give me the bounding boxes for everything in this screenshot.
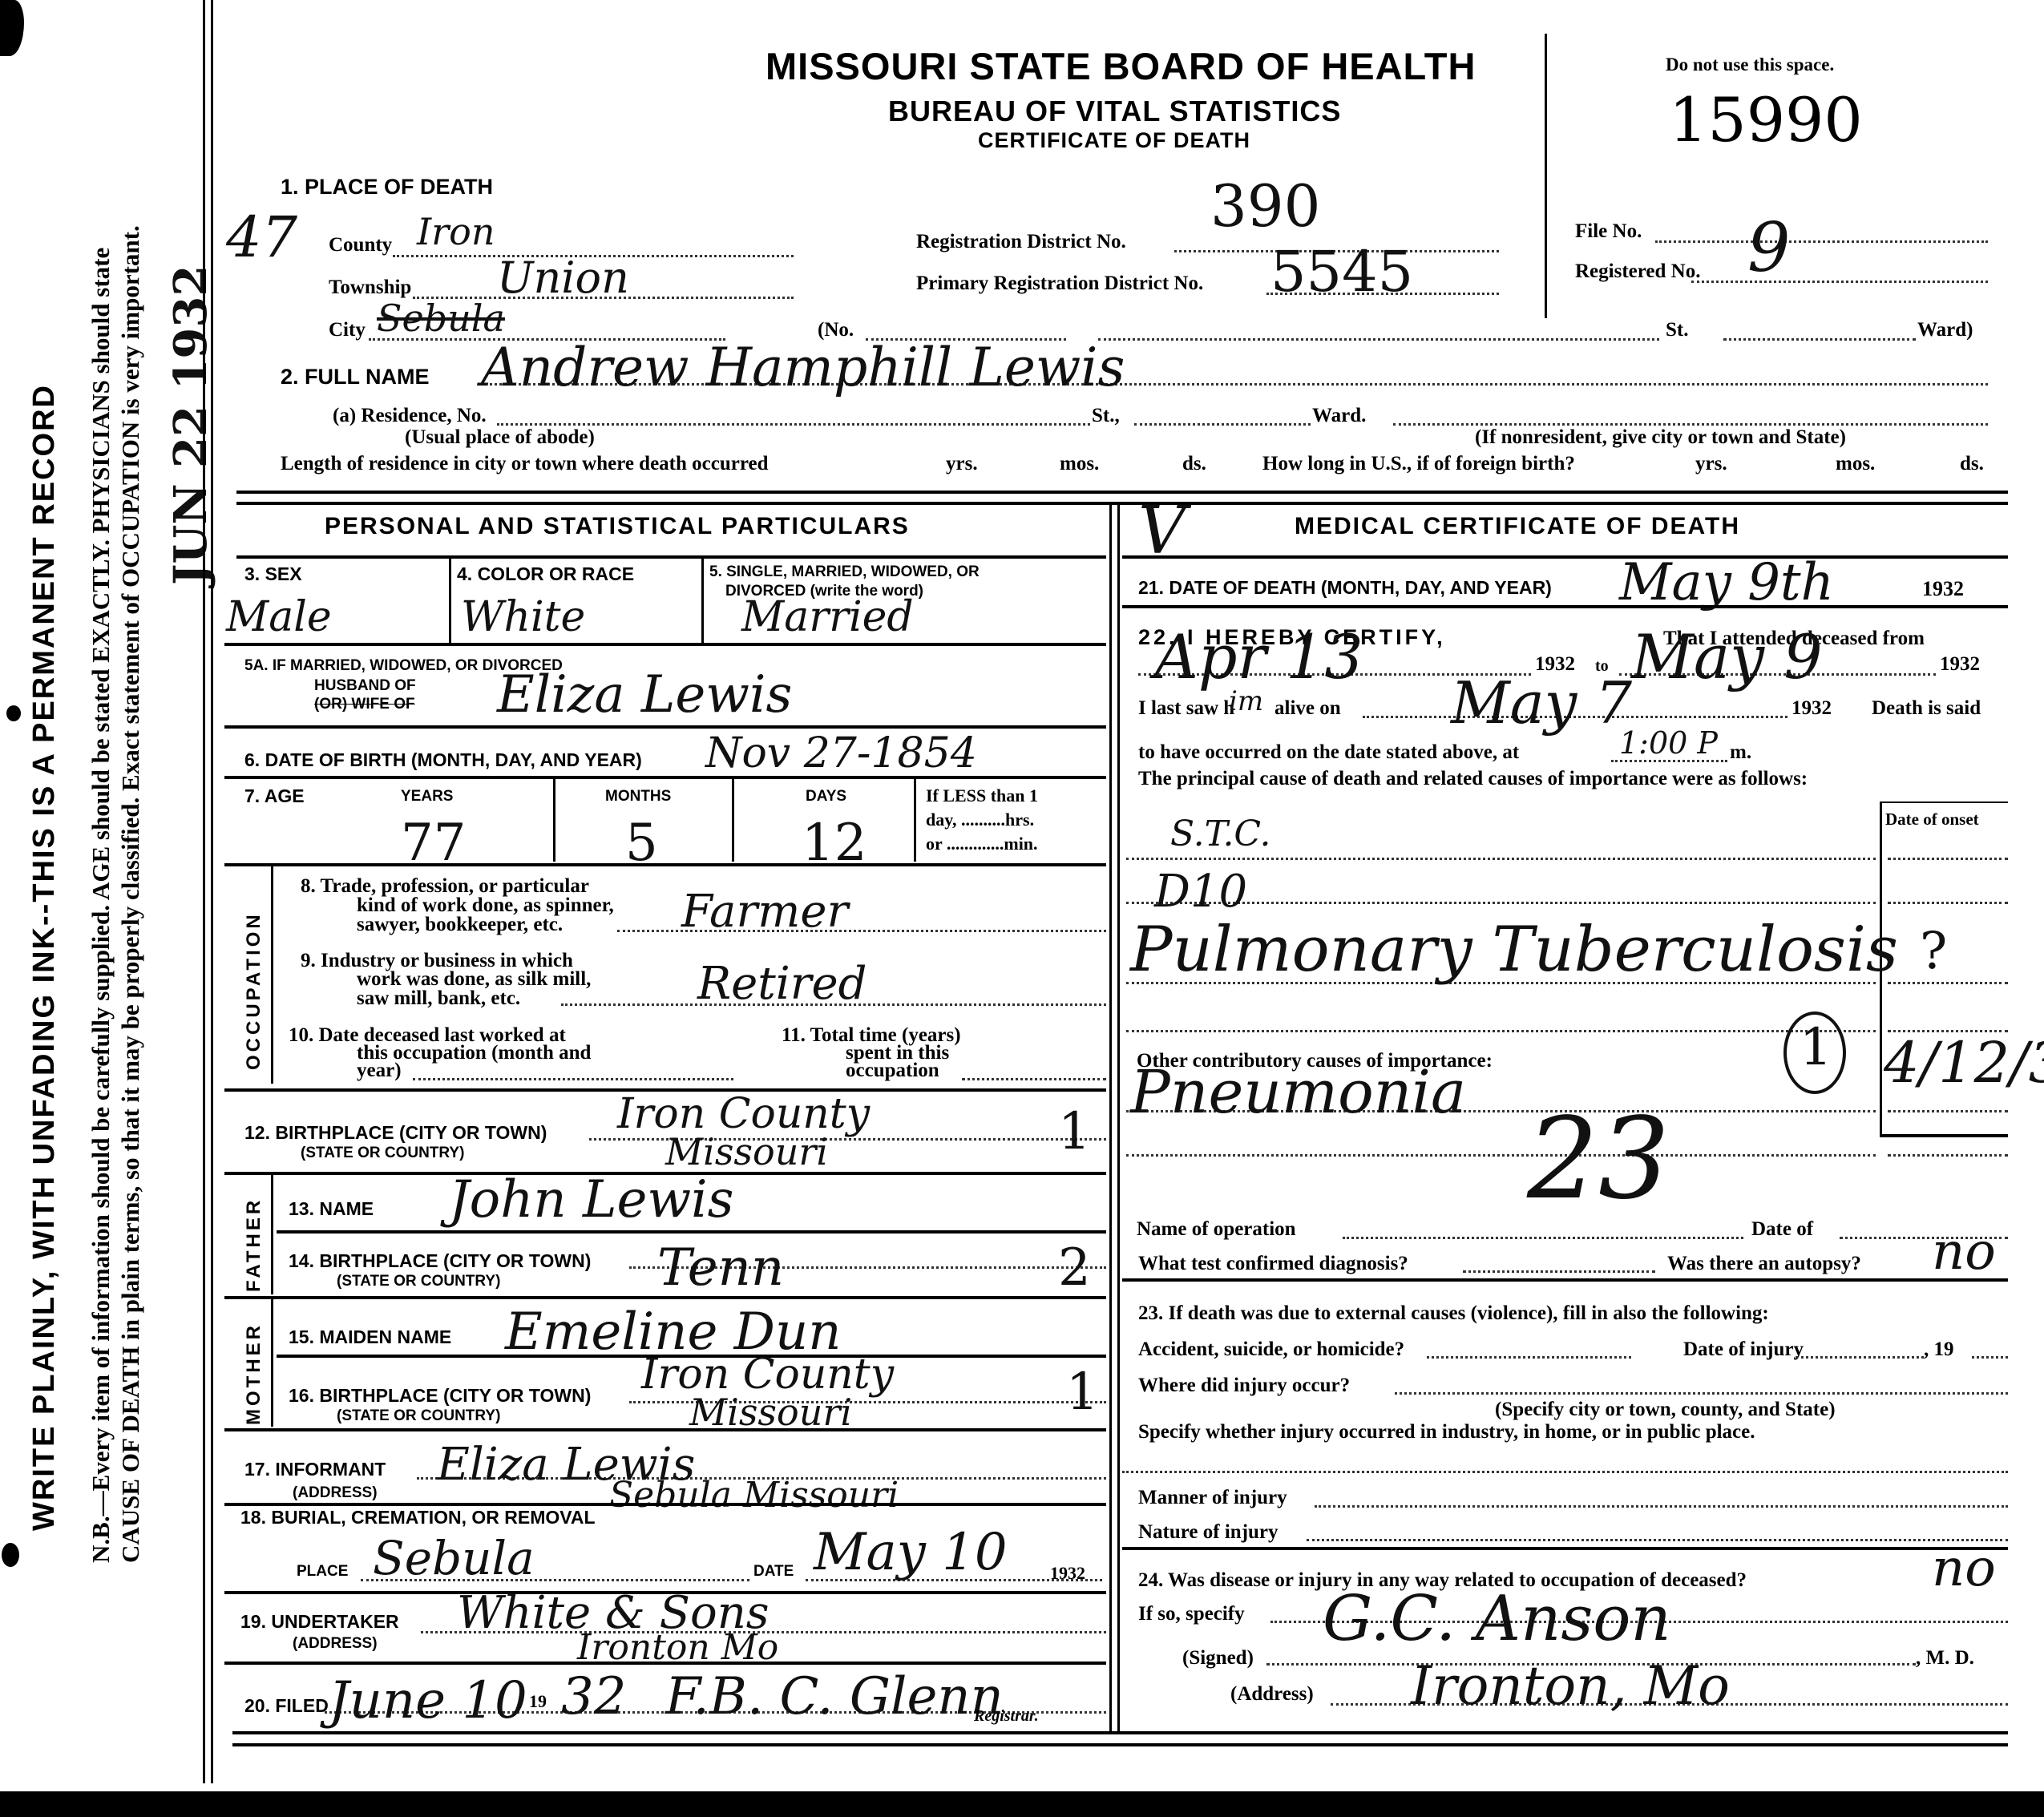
city-label: City [329, 319, 366, 341]
spouse-label-3: (OR) WIFE OF [314, 696, 415, 713]
county-label: County [329, 234, 392, 256]
attended-to-year[interactable]: 1932 [1940, 653, 1980, 676]
onset-line-2 [1888, 902, 2008, 904]
address-value: Ironton, Mo [1411, 1655, 1730, 1717]
signed-label: (Signed) [1182, 1647, 1254, 1670]
place-of-death-label: 1. PLACE OF DEATH [281, 175, 493, 200]
last-worked-label-3: year) [357, 1060, 402, 1082]
manner-label: Manner of injury [1138, 1487, 1287, 1509]
section-divider-top-1 [236, 491, 2008, 494]
full-name-label: 2. FULL NAME [281, 365, 430, 390]
row-divider-sex [224, 643, 1106, 646]
birthplace-code: 1 [1058, 1102, 1091, 1161]
occurred-label: to have occurred on the date stated abov… [1138, 741, 1519, 764]
row-divider-spouse [224, 725, 1106, 729]
residence-ward-label: Ward. [1312, 405, 1366, 427]
date-injury-line [1796, 1356, 1924, 1359]
last-saw-pronoun[interactable]: im [1229, 685, 1263, 717]
filed-value[interactable]: June 10 [329, 1671, 527, 1730]
row-divider-dod [1122, 605, 2008, 608]
usual-abode-note: (Usual place of abode) [405, 426, 595, 449]
punch-hole-mark [2, 1543, 19, 1567]
mother-birthplace-value-2[interactable]: Missouri [689, 1391, 852, 1434]
how-long-us-label: How long in U.S., if of foreign birth? [1262, 453, 1575, 475]
residence-nonresident-line [1393, 423, 1988, 426]
father-birthplace-value[interactable]: Tenn [657, 1238, 784, 1298]
reg-district-value[interactable]: 390 [1210, 172, 1320, 240]
birthplace-label: 12. BIRTHPLACE (CITY OR TOWN) [244, 1122, 547, 1144]
occupation-side-divider [271, 866, 273, 1084]
file-no-line [1655, 240, 1988, 243]
cause-line-1 [1126, 858, 1876, 860]
informant-address[interactable]: Sebula Missouri [609, 1475, 899, 1516]
if-so-label: If so, specify [1138, 1603, 1245, 1625]
registered-no-value[interactable]: 9 [1747, 208, 1790, 287]
cause-line-6 [1126, 1154, 1876, 1157]
date-injury-19: , 19 [1924, 1339, 1954, 1361]
us-yrs-label: yrs. [1695, 453, 1727, 475]
principal-cause-value[interactable]: Pulmonary Tuberculosis [1130, 914, 1898, 986]
reg-district-label: Registration District No. [916, 231, 1126, 253]
test-confirmed-label: What test confirmed diagnosis? [1138, 1253, 1408, 1275]
mother-maiden-label: 15. MAIDEN NAME [289, 1326, 451, 1348]
date-injury-label: Date of injury [1683, 1339, 1804, 1361]
principal-onset-value[interactable]: ? [1920, 922, 1947, 981]
undertaker-label: 19. UNDERTAKER [240, 1611, 399, 1633]
row-divider-undertaker [224, 1662, 1106, 1665]
township-label: Township [329, 277, 411, 299]
county-value[interactable]: Iron [417, 210, 495, 253]
burial-label: 18. BURIAL, CREMATION, OR REMOVAL [240, 1507, 596, 1528]
row-divider-informant [224, 1503, 1106, 1506]
years-label: YEARS [401, 788, 453, 806]
row-divider-dob [224, 776, 1106, 779]
where-injury-line [1395, 1392, 2008, 1395]
test-confirmed-line [1463, 1270, 1655, 1273]
mother-side-label: MOTHER [243, 1322, 265, 1425]
trade-label-3: sawyer, bookkeeper, etc. [357, 914, 563, 936]
months-label: MONTHS [605, 788, 671, 806]
undertaker-sublabel: (ADDRESS) [293, 1635, 378, 1653]
margin-note-line-1: N.B.—Every item of information should be… [87, 248, 115, 1563]
spouse-label-2: HUSBAND OF [314, 677, 416, 695]
residence-st-label: St., [1092, 405, 1120, 427]
residence-yrs-label: yrs. [946, 453, 978, 475]
marital-label-1: 5. SINGLE, MARRIED, WIDOWED, OR [709, 563, 980, 581]
race-value[interactable]: White [461, 593, 585, 641]
row-divider-age [224, 863, 1106, 866]
center-divider-2 [1117, 503, 1120, 1734]
burial-date-year[interactable]: 1932 [1050, 1563, 1085, 1584]
manner-line [1315, 1505, 2008, 1508]
accident-line [1427, 1356, 1631, 1359]
day-hrs-label: day, ..........hrs. [926, 810, 1034, 830]
age-divider-3 [914, 777, 916, 862]
dod-year[interactable]: 1932 [1922, 577, 1964, 601]
burial-date-label: DATE [753, 1563, 794, 1581]
residence-ward-line [1134, 423, 1311, 426]
marital-value[interactable]: Married [741, 593, 914, 641]
row-divider-mother [224, 1428, 1106, 1431]
full-name-value[interactable]: Andrew Hamphill Lewis [481, 337, 1125, 398]
operation-line [1343, 1237, 1743, 1239]
spouse-value[interactable]: Eliza Lewis [497, 665, 792, 725]
onset-line-6 [1888, 1154, 2008, 1157]
last-worked-line [413, 1078, 733, 1080]
sex-label: 3. SEX [244, 563, 302, 585]
attended-from-value[interactable]: Apr 13 [1154, 621, 1363, 692]
cause-note-1: S.T.C. [1170, 814, 1271, 854]
margin-heading: WRITE PLAINLY, WITH UNFADING INK--THIS I… [27, 384, 62, 1531]
row-divider-father [224, 1296, 1106, 1299]
do-not-use-note: Do not use this space. [1666, 55, 1834, 75]
scan-edge-band [0, 1791, 2044, 1817]
dob-value[interactable]: Nov 27-1854 [705, 729, 977, 777]
specify-whether-line [1122, 1471, 2008, 1473]
specify-city-label: (Specify city or town, county, and State… [1495, 1399, 1836, 1421]
onset-line-3 [1888, 982, 2008, 984]
mother-side-divider [271, 1298, 273, 1427]
bottom-divider-2 [232, 1743, 2008, 1746]
received-stamp: JUN 22 1932 [164, 265, 217, 585]
burial-date-value[interactable]: May 10 [814, 1523, 1008, 1582]
personal-title-underline [236, 555, 1106, 559]
birthplace-sublabel: (STATE OR COUNTRY) [301, 1145, 464, 1162]
external-label: 23. If death was due to external causes … [1138, 1302, 1769, 1325]
township-value[interactable]: Union [497, 252, 629, 303]
registered-no-line [1691, 281, 1988, 283]
dob-label: 6. DATE OF BIRTH (MONTH, DAY, AND YEAR) [244, 749, 642, 771]
dod-label: 21. DATE OF DEATH (MONTH, DAY, AND YEAR) [1138, 577, 1552, 599]
attended-to-value[interactable]: May 9 [1631, 621, 1823, 692]
father-birthplace-label: 14. BIRTHPLACE (CITY OR TOWN) [289, 1250, 591, 1272]
father-side-label: FATHER [243, 1197, 265, 1292]
m-label: m. [1730, 741, 1751, 764]
less-than-1-label: If LESS than 1 [926, 785, 1038, 806]
address-label: (Address) [1230, 1683, 1314, 1706]
principal-cause-label: The principal cause of death and related… [1138, 768, 1808, 790]
onset-column-top [1880, 801, 2008, 803]
race-label: 4. COLOR OR RACE [457, 563, 634, 585]
father-birthplace-code: 2 [1058, 1238, 1091, 1298]
section-divider-top-2 [236, 502, 2008, 505]
informant-label: 17. INFORMANT [244, 1459, 386, 1480]
or-min-label: or .............min. [926, 834, 1038, 854]
dod-value[interactable]: May 9th [1619, 553, 1834, 612]
onset-line-1 [1888, 858, 2008, 860]
onset-line-5 [1888, 1110, 2008, 1112]
mother-birthplace-sublabel: (STATE OR COUNTRY) [337, 1407, 500, 1425]
frame-left-inner [211, 0, 213, 1783]
date-of-label: Date of [1751, 1218, 1813, 1241]
autopsy-label: Was there an autopsy? [1667, 1253, 1861, 1275]
certificate-number: 15990 [1669, 84, 1863, 155]
age-divider-1 [553, 777, 555, 862]
last-saw-year[interactable]: 1932 [1792, 697, 1832, 720]
margin-number: 47 [226, 204, 297, 270]
row-divider-father-name [277, 1230, 1106, 1234]
occurred-time-value[interactable]: 1:00 P [1619, 725, 1718, 761]
sex-race-divider [449, 559, 451, 643]
file-no-label: File No. [1575, 220, 1642, 243]
mother-birthplace-code: 1 [1066, 1363, 1099, 1422]
specify-whether-label: Specify whether injury occurred in indus… [1138, 1421, 1755, 1444]
header-divider [1545, 34, 1547, 318]
autopsy-value[interactable]: no [1932, 1222, 1996, 1282]
registrar-signature: F.B. C. Glenn [665, 1667, 1004, 1726]
personal-section-title: PERSONAL AND STATISTICAL PARTICULARS [325, 513, 910, 540]
bottom-divider-1 [232, 1731, 2008, 1734]
last-saw-label: I last saw h [1138, 697, 1234, 720]
residence-no-line [497, 423, 1090, 426]
punch-hole-mark [6, 705, 21, 721]
filed-year[interactable]: 32 [561, 1667, 626, 1726]
father-name-label: 13. NAME [289, 1198, 374, 1220]
row-divider-nature [1122, 1547, 2008, 1550]
informant-sublabel: (ADDRESS) [293, 1484, 378, 1502]
burial-place-value[interactable]: Sebula [373, 1531, 535, 1585]
residence-label: (a) Residence, No. [333, 405, 487, 427]
margin-note-line-2: CAUSE OF DEATH in plain terms, so that i… [116, 225, 145, 1563]
occupation-side-label: OCCUPATION [243, 911, 265, 1070]
total-time-label-3: occupation [846, 1060, 939, 1082]
city-ward-line [1723, 338, 1916, 341]
ink-blot [0, 0, 24, 56]
where-injury-label: Where did injury occur? [1138, 1375, 1350, 1397]
industry-label-3: saw mill, bank, etc. [357, 987, 520, 1010]
filed-19-label: 19 [529, 1691, 547, 1712]
medical-section-title: MEDICAL CERTIFICATE OF DEATH [1295, 513, 1740, 540]
mother-birthplace-label: 16. BIRTHPLACE (CITY OR TOWN) [289, 1385, 591, 1407]
birthplace-value-2[interactable]: Missouri [665, 1130, 828, 1173]
nature-line [1307, 1539, 2008, 1541]
other-cause-value[interactable]: Pneumonia [1130, 1058, 1466, 1127]
death-said-label: Death is said [1872, 697, 1981, 720]
us-ds-label: ds. [1960, 453, 1984, 475]
onset-column-bottom [1880, 1134, 2008, 1137]
primary-reg-district-value[interactable]: 5545 [1270, 239, 1413, 305]
code-mark: 23 [1527, 1094, 1670, 1225]
date-onset-label: Date of onset [1885, 810, 1979, 830]
father-name-value[interactable]: John Lewis [449, 1170, 733, 1230]
other-onset-value[interactable]: 4/12/32 [1884, 1030, 2044, 1096]
form-title: MISSOURI STATE BOARD OF HEALTH [765, 44, 1476, 88]
city-value[interactable]: Sebula [377, 297, 505, 340]
row-divider-autopsy [1122, 1278, 2008, 1282]
alive-on-label: alive on [1274, 697, 1341, 720]
cause-line-4 [1126, 1030, 1876, 1032]
sex-value[interactable]: Male [226, 593, 332, 641]
residence-ds-label: ds. [1182, 453, 1206, 475]
registered-no-label: Registered No. [1575, 260, 1700, 283]
age-label: 7. AGE [244, 785, 305, 807]
race-marital-divider [701, 559, 704, 643]
form-name: CERTIFICATE OF DEATH [978, 128, 1250, 153]
father-side-divider [271, 1174, 273, 1294]
us-mos-label: mos. [1836, 453, 1875, 475]
center-divider-1 [1109, 503, 1112, 1734]
signed-value: G.C. Anson [1323, 1583, 1671, 1655]
occupation-related-value[interactable]: no [1932, 1539, 1996, 1598]
form-subtitle: BUREAU OF VITAL STATISTICS [888, 95, 1341, 128]
city-street-line [1098, 338, 1659, 341]
date-injury-year-line [1972, 1356, 2008, 1359]
medical-title-underline [1122, 555, 2008, 559]
days-label: DAYS [806, 788, 846, 806]
frame-left-outer [203, 0, 205, 1783]
last-saw-value[interactable]: May 7 [1451, 669, 1632, 737]
operation-label: Name of operation [1137, 1218, 1296, 1241]
md-label: , M. D. [1916, 1647, 1974, 1670]
nature-label: Nature of injury [1138, 1521, 1279, 1544]
total-time-line [962, 1078, 1106, 1080]
city-ward-label: Ward) [1917, 319, 1973, 341]
length-residence-label: Length of residence in city or town wher… [281, 453, 769, 475]
primary-reg-district-label: Primary Registration District No. [916, 273, 1203, 295]
city-st-label: St. [1666, 319, 1688, 341]
residence-mos-label: mos. [1060, 453, 1099, 475]
circled-mark-value: 1 [1800, 1018, 1832, 1077]
registrar-label: Registrar. [974, 1707, 1039, 1726]
cause-note-2: D10 [1154, 866, 1247, 918]
accident-label: Accident, suicide, or homicide? [1138, 1339, 1404, 1361]
father-birthplace-sublabel: (STATE OR COUNTRY) [337, 1273, 500, 1290]
filed-label: 20. FILED [244, 1695, 329, 1717]
burial-place-label: PLACE [297, 1563, 348, 1581]
nonresident-note: (If nonresident, give city or town and S… [1475, 426, 1846, 449]
age-divider-2 [732, 777, 734, 862]
trade-value[interactable]: Farmer [681, 886, 848, 938]
industry-value[interactable]: Retired [697, 958, 866, 1010]
